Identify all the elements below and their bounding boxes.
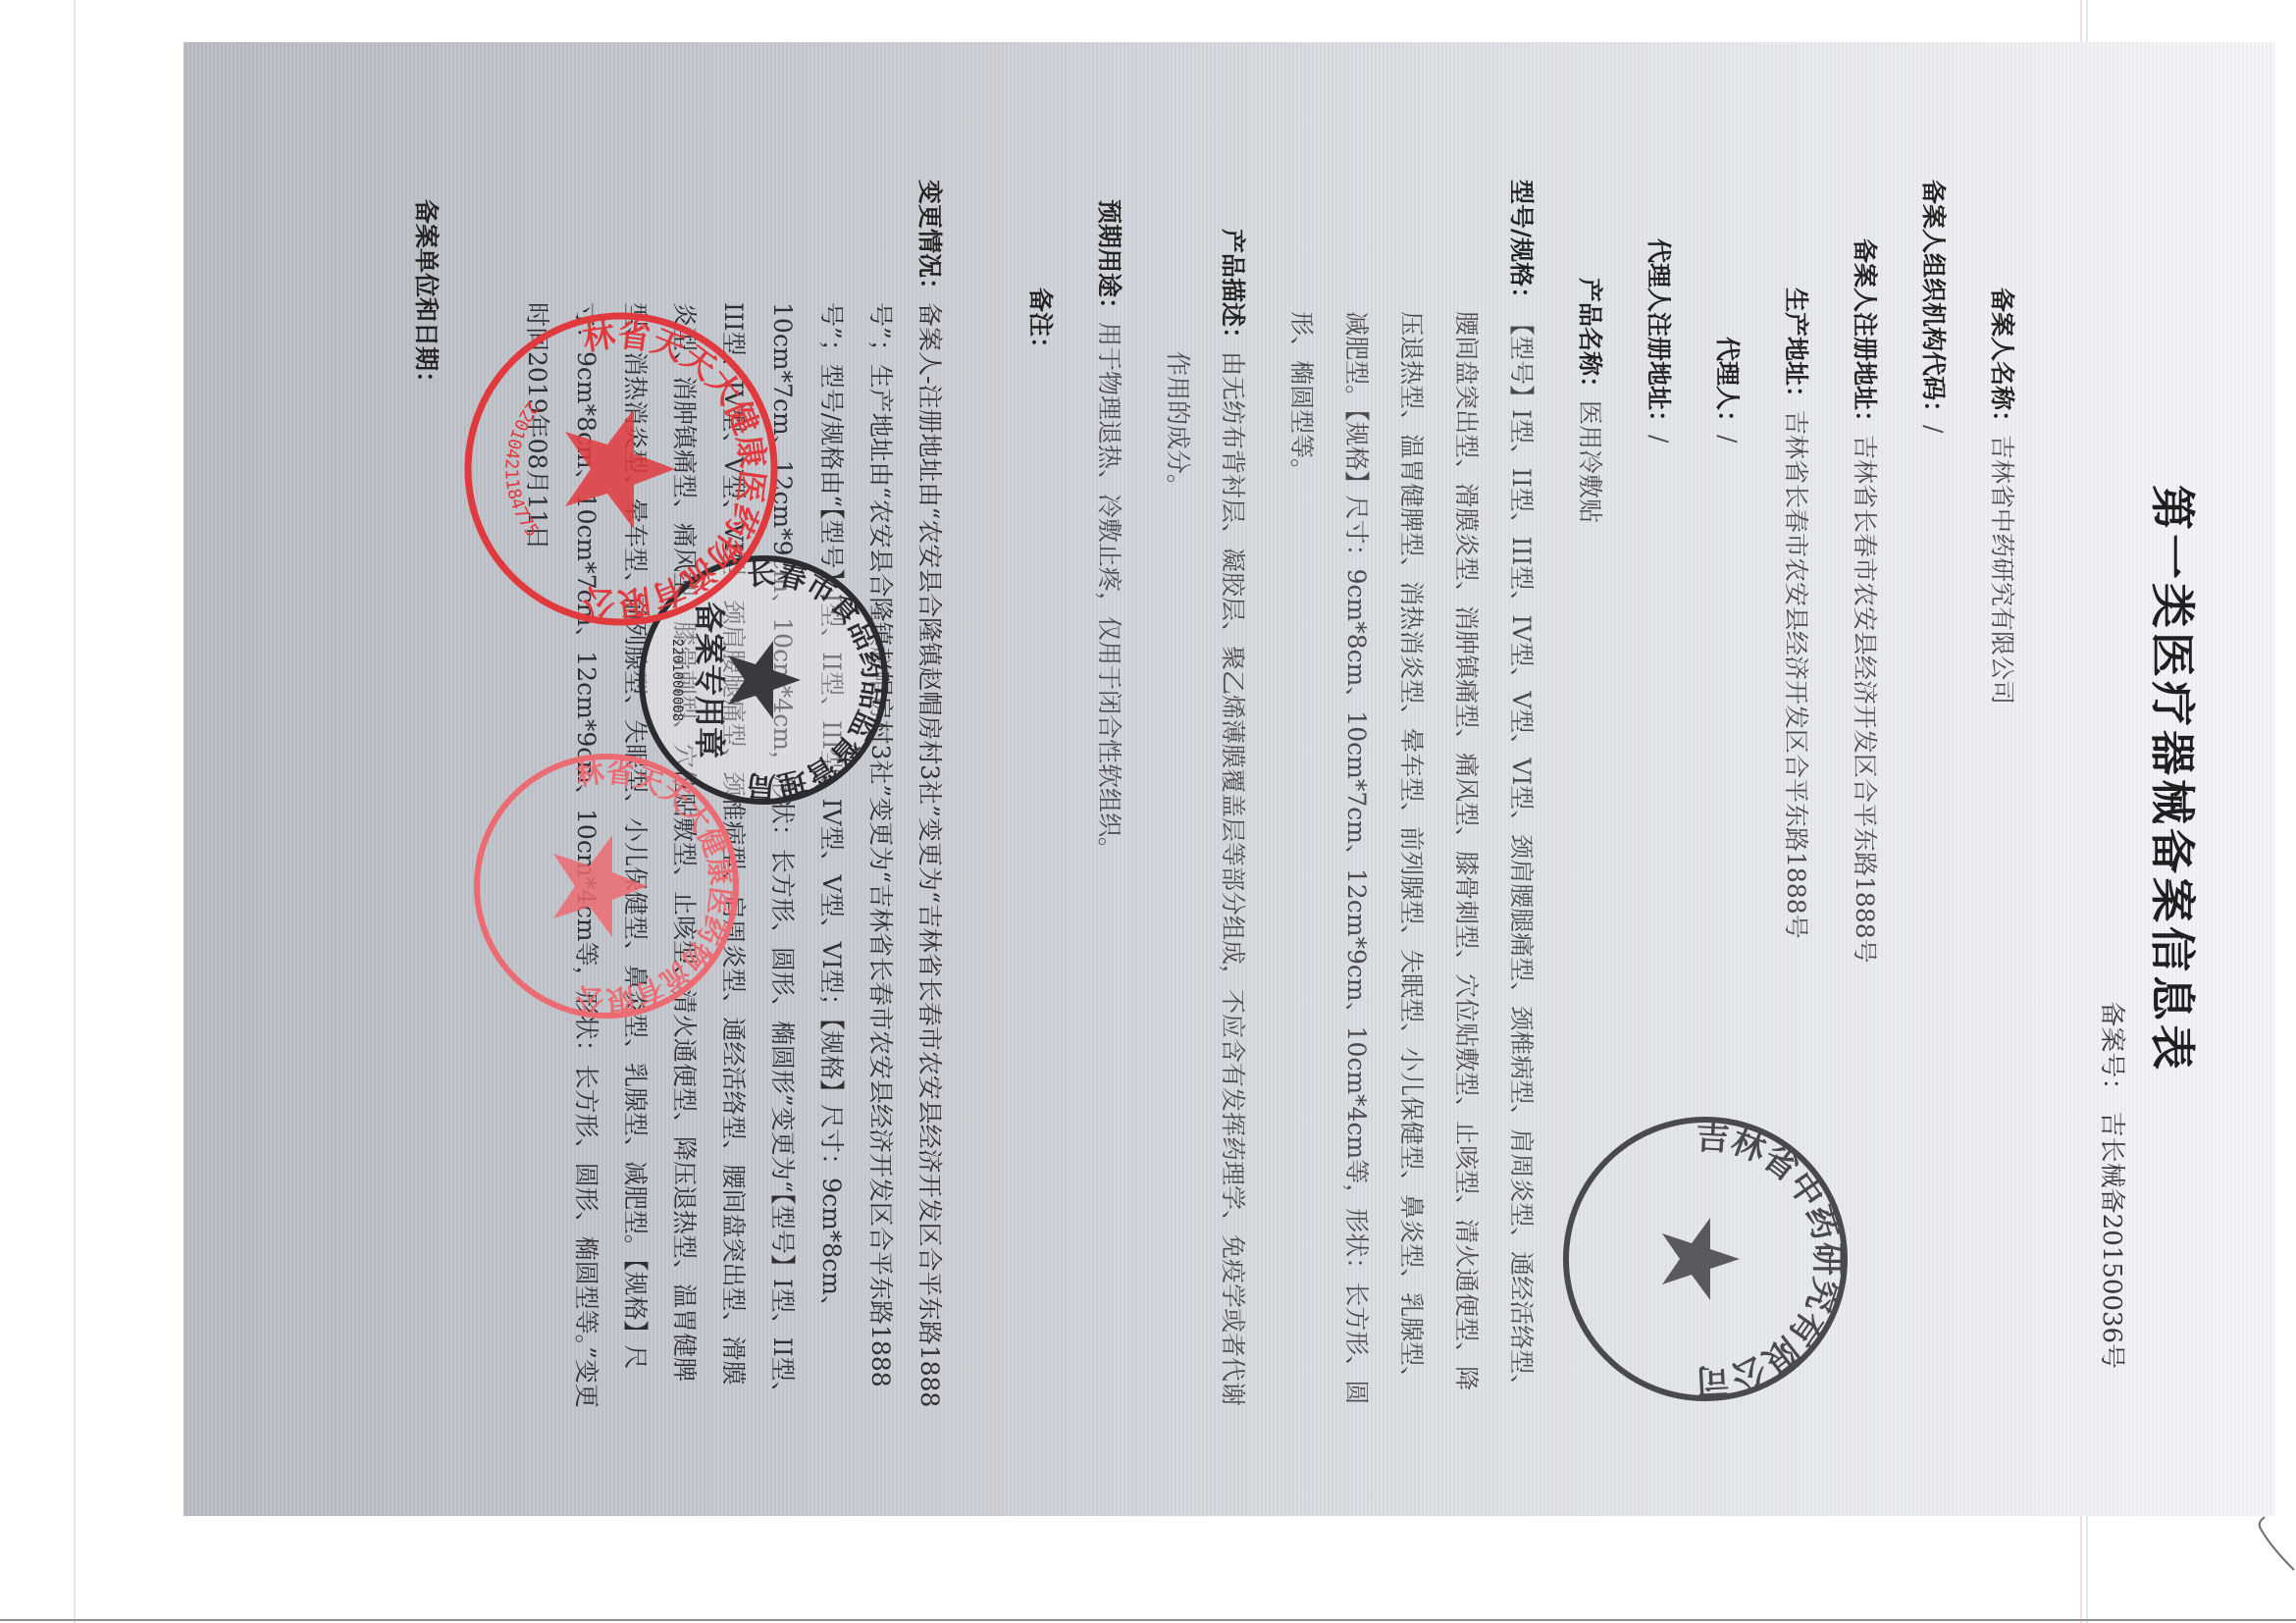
authority-seal-code: 2201000008 <box>669 639 685 721</box>
agent-address-value: / <box>1644 435 1673 443</box>
seal-star-icon <box>553 835 648 937</box>
rotated-document-page: 第一类医疗器械备案信息表 备案号： 吉长械备20150036号 备案人名称：吉林… <box>183 42 2274 1516</box>
filer-name-label: 备案人名称： <box>1988 288 2016 435</box>
agent-label: 代理人： <box>1713 337 1742 435</box>
intended-use-value: 用于物理退热、冷敷止疼，仅用于闭合性软组织。 <box>1081 322 1136 1408</box>
model-spec-value: 【型号】I型、II型、III型、IV型、V型、VI型、颈肩腰腿痛型、颈椎病型、肩… <box>1274 311 1548 1408</box>
changes-label: 变更情况： <box>512 180 954 302</box>
description-label: 产品描述： <box>1150 229 1260 351</box>
record-number-value: 吉长械备20150036号 <box>2097 1112 2126 1369</box>
red-seal-1-code: 22010421184775 <box>500 397 543 542</box>
production-address-value: 吉林省长春市农安县经济开发区合平东路1888号 <box>1782 410 1810 939</box>
model-spec-label: 型号/规格： <box>1274 180 1548 311</box>
agent-value: / <box>1713 435 1742 443</box>
product-name-value: 医用冷敷贴 <box>1576 400 1604 523</box>
page-bottom-rule <box>0 1619 2296 1621</box>
product-name-label: 产品名称： <box>1576 278 1604 400</box>
intended-use-label: 预期用途： <box>1081 199 1136 322</box>
document-title: 第一类医疗器械备案信息表 <box>2143 42 2208 1516</box>
field-filing-unit-date: 备案单位和日期： <box>398 180 453 1408</box>
field-model-spec: 型号/规格：【型号】I型、II型、III型、IV型、V型、VI型、颈肩腰腿痛型、… <box>1274 180 1548 1408</box>
seal-star-icon <box>565 409 675 529</box>
filing-unit-date-label: 备案单位和日期： <box>412 199 441 395</box>
description-value: 由无纺布背衬层、凝胶层、聚乙烯薄膜覆盖层等部分组成，不应含有发挥药理学、免疫学或… <box>1150 351 1260 1408</box>
red-company-seal-1: 吉林省天天大健康医药物流有限公司 22010421184775 <box>459 307 783 631</box>
record-number: 备案号： 吉长械备20150036号 <box>2096 1001 2132 1369</box>
seal-star-icon <box>1662 1218 1740 1300</box>
registered-address-label: 备案人注册地址： <box>1851 238 1879 435</box>
field-org-code: 备案人组织机构代码：/ <box>1905 180 1960 1408</box>
scan-edge-left <box>74 0 76 1623</box>
field-remarks: 备注： <box>1013 180 1068 1408</box>
field-description: 产品描述：由无纺布背衬层、凝胶层、聚乙烯薄膜覆盖层等部分组成，不应含有发挥药理学… <box>1150 180 1260 1408</box>
field-filer-name: 备案人名称：吉林省中药研究有限公司 <box>1974 180 2029 1408</box>
agent-address-label: 代理人注册地址： <box>1644 238 1673 435</box>
record-number-label: 备案号： <box>2097 1001 2126 1103</box>
registered-address-value: 吉林省长春市农安县经济开发区合平东路1888号 <box>1851 435 1879 964</box>
org-code-label: 备案人组织机构代码： <box>1919 180 1948 425</box>
red-company-seal-2: 吉林省天天大健康医药物流有限公司 <box>469 749 744 1023</box>
filer-name-value: 吉林省中药研究有限公司 <box>1988 435 2016 705</box>
page-curl-mark <box>2257 1515 2296 1574</box>
company-seal: 吉林省中药研究有限公司 <box>1558 1112 1852 1406</box>
svg-text:22010421184775: 22010421184775 <box>500 397 543 542</box>
remarks-label: 备注： <box>1026 288 1055 361</box>
org-code-value: / <box>1919 425 1948 433</box>
production-address-label: 生产地址： <box>1782 288 1810 410</box>
field-intended-use: 预期用途：用于物理退热、冷敷止疼，仅用于闭合性软组织。 <box>1081 180 1136 1408</box>
